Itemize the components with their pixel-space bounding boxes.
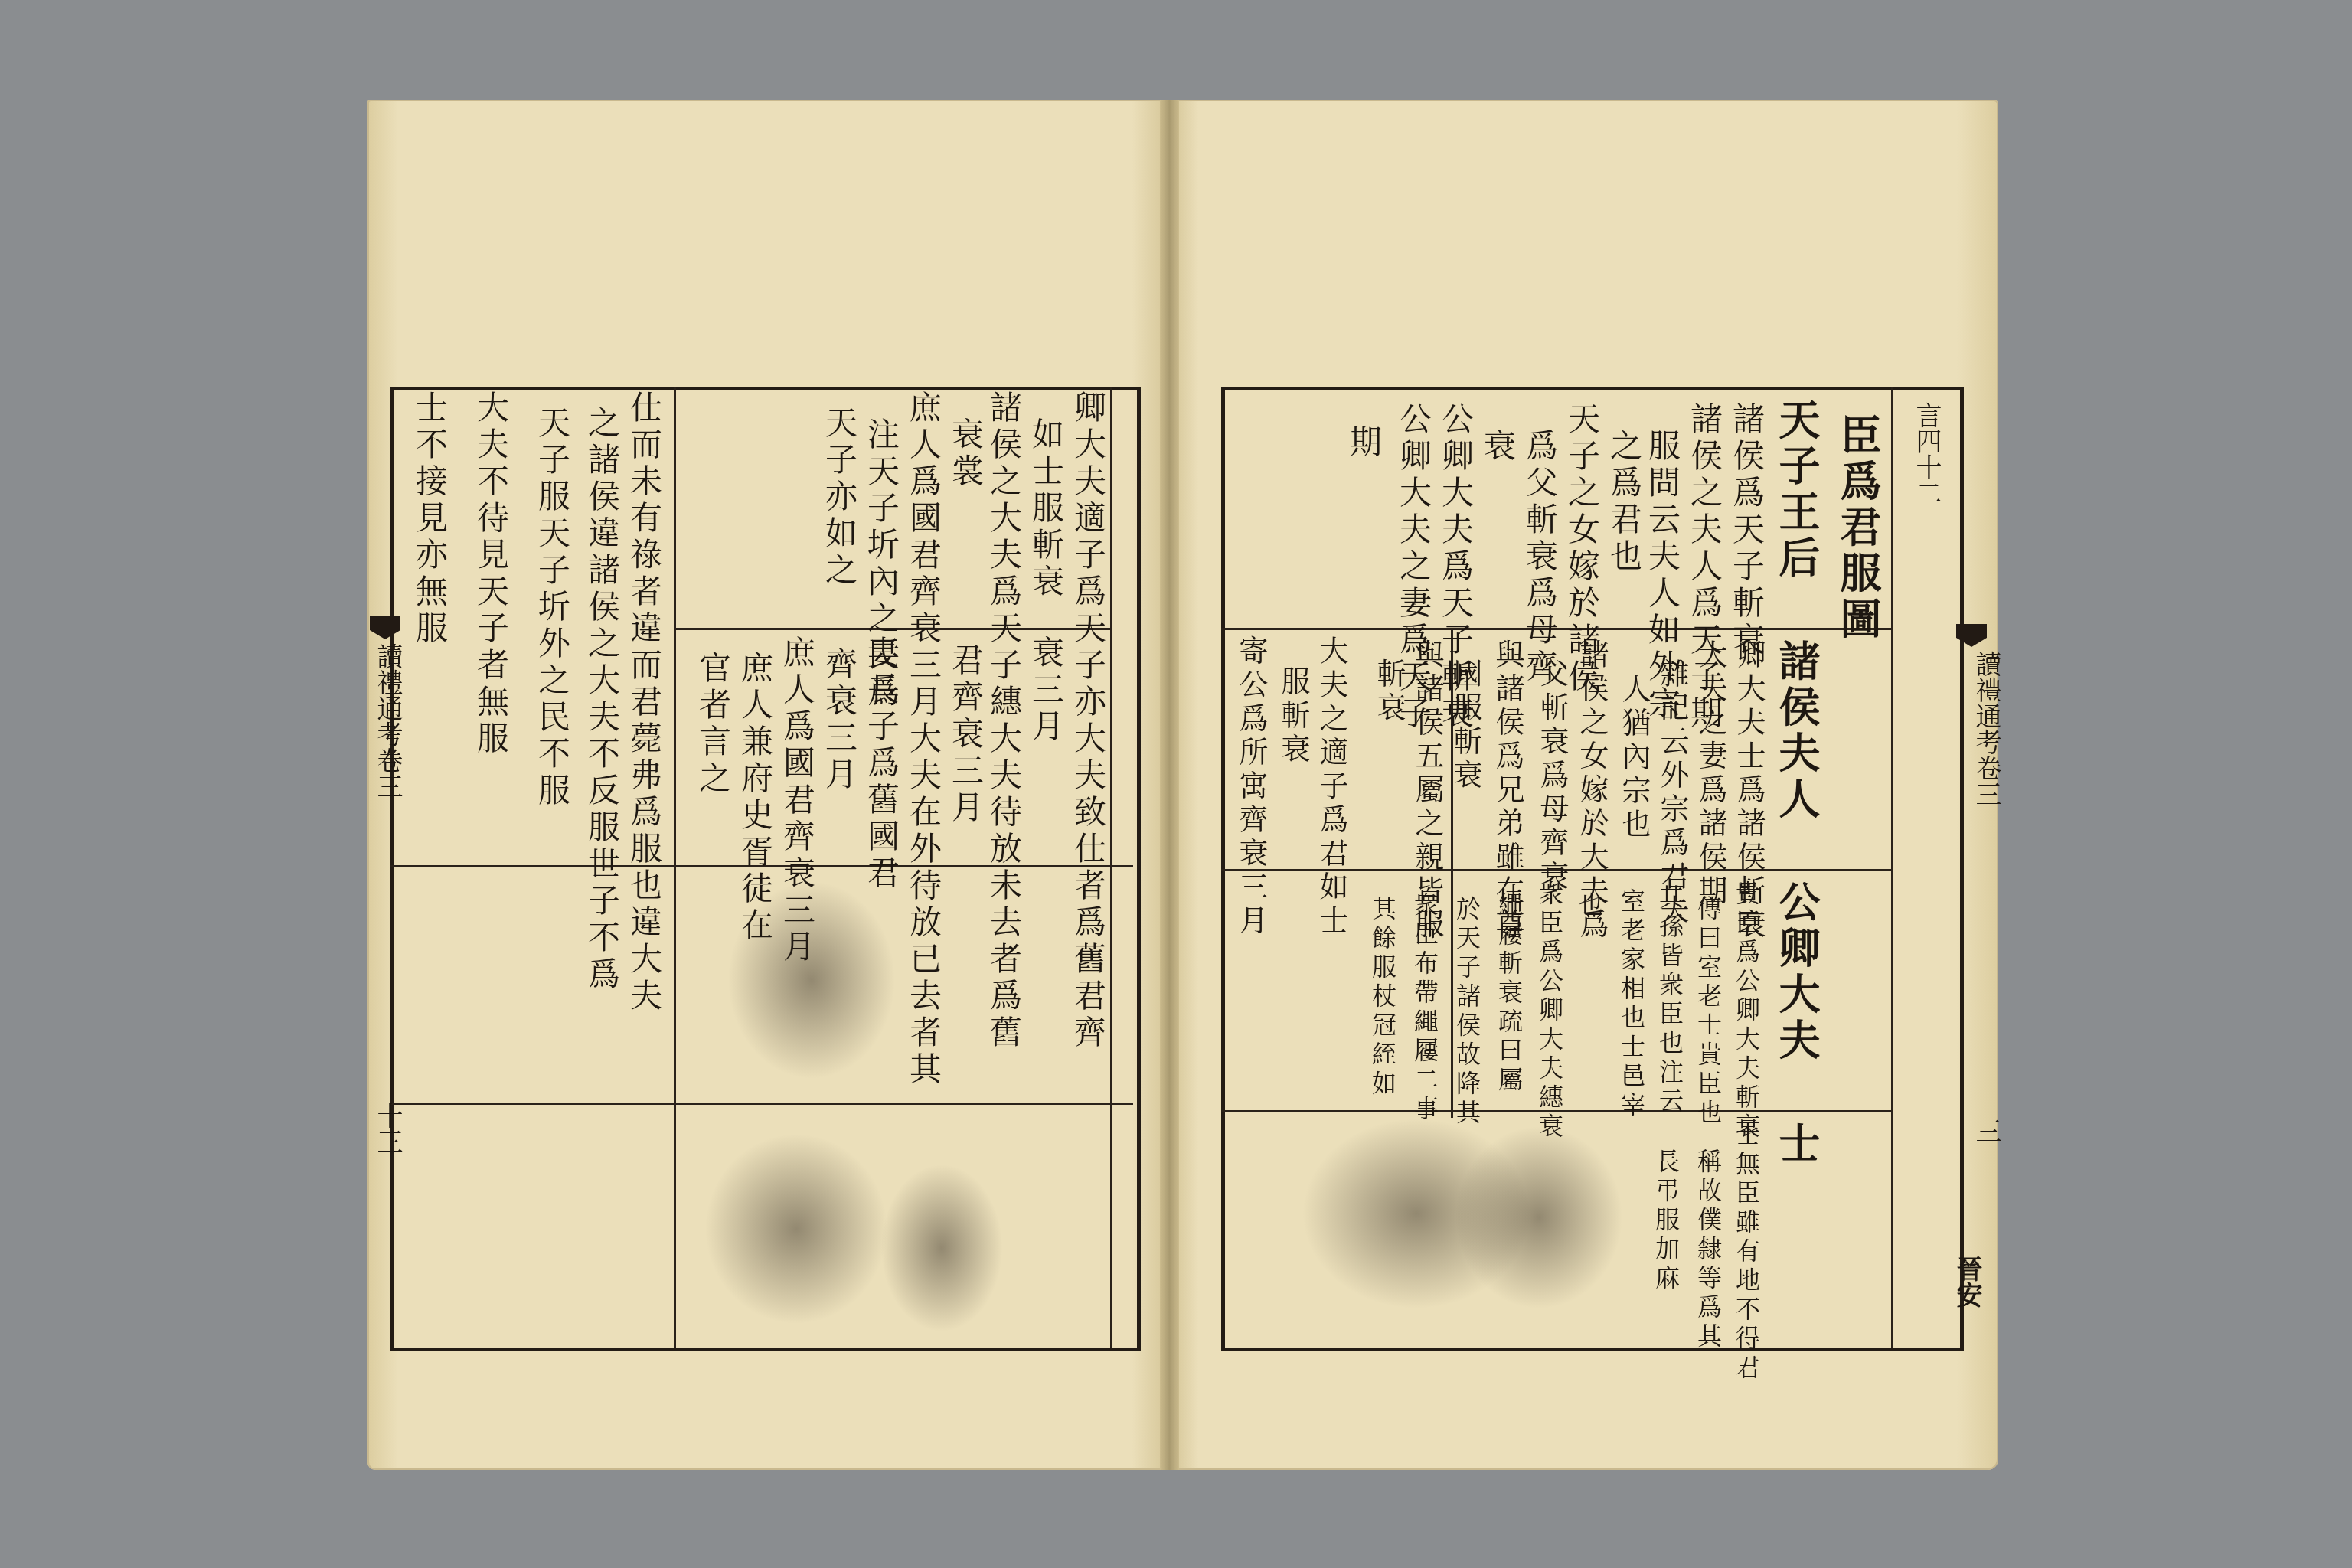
- text-line: 大夫之妻爲諸侯期: [1696, 639, 1725, 909]
- text-line: 其孫皆衆臣也注云: [1658, 884, 1682, 1117]
- text-line: 仕而未有祿者違而君薨弗爲服也違大夫: [628, 390, 660, 1015]
- text-line: 長弔服加麻: [1654, 1148, 1678, 1294]
- text-line: 士不接見亦無服: [413, 390, 446, 648]
- heading-shi: 士: [1776, 1122, 1818, 1168]
- text-line: 服斬衰: [1279, 666, 1308, 767]
- text-line: 士無臣雖有地不得君: [1734, 1122, 1759, 1383]
- left-margin-page: 十三: [369, 1102, 407, 1155]
- chart-title: 臣爲君服圖: [1837, 413, 1879, 643]
- top-marker: 言四十二: [1908, 402, 1945, 506]
- right-margin-page: 三: [1968, 1118, 2005, 1144]
- text-line: 齊衰三月: [823, 647, 855, 794]
- text-line: 傳曰室老士貴臣也: [1696, 896, 1720, 1129]
- text-line: 大夫之適子爲君如士: [1317, 635, 1346, 939]
- text-line: 衆臣布帶繩屨二事: [1413, 892, 1437, 1125]
- heading-zhuhou-furen: 諸侯夫人: [1776, 639, 1818, 823]
- text-line: 國服斬衰: [1451, 658, 1480, 793]
- text-line: 之爲君也: [1608, 429, 1640, 576]
- ink-smudge: [1455, 1125, 1623, 1309]
- text-line: 君齊衰三月: [949, 643, 982, 827]
- ink-smudge: [727, 880, 896, 1080]
- text-line: 天子亦如之: [823, 406, 855, 590]
- text-line: 期: [1347, 425, 1380, 462]
- text-line: 於天子諸侯故降其: [1455, 896, 1479, 1129]
- text-line: 妻長子爲舊國君: [865, 635, 897, 893]
- text-line: 室老家相也士邑宰: [1619, 888, 1644, 1121]
- text-line: 爲父斬衰爲母齊: [1524, 429, 1556, 686]
- book-gutter: [1160, 100, 1179, 1470]
- ink-smudge: [880, 1164, 1003, 1332]
- text-line: 庶人爲國君齊衰三月大夫在外待放已去者其: [907, 390, 939, 1089]
- text-line: 衰三月: [1030, 635, 1062, 746]
- bottom-marker: 晉安: [1949, 1256, 1986, 1308]
- text-line: 官者言之: [697, 651, 729, 798]
- text-line: 貴臣爲公卿大夫斬衰: [1734, 880, 1759, 1142]
- text-line: 衰: [1481, 429, 1514, 465]
- text-line: 諸侯之大夫爲天子繐大夫待放未去者爲舊: [988, 390, 1020, 1052]
- text-line: 卿大夫適子爲天子亦大夫致仕者爲舊君齊: [1072, 390, 1104, 1052]
- text-line: 稱故僕隸等爲其: [1696, 1148, 1720, 1352]
- text-line: 斬衰: [1374, 658, 1403, 726]
- heading-tianzi-wanghou: 天子王后: [1776, 398, 1818, 582]
- heading-gongqing-dafu: 公卿大夫: [1776, 880, 1818, 1064]
- right-margin-title: 讀禮通考卷三: [1968, 651, 2005, 807]
- text-line: 父斬衰爲母齊衰: [1537, 658, 1566, 894]
- left-margin-title: 讀禮通考卷三: [369, 643, 407, 799]
- text-line: 其餘服杖冠絰如: [1370, 896, 1395, 1099]
- text-line: 也: [1577, 892, 1602, 921]
- text-line: 大夫不待見天子者無服: [475, 390, 507, 758]
- text-line: 繩屨斬衰疏曰屬: [1497, 892, 1521, 1096]
- right-title-divider: [1891, 387, 1893, 1347]
- text-line: 寄公爲所寓齊衰三月: [1236, 635, 1266, 939]
- text-line: 之諸侯違諸侯之大夫不反服世子不爲: [586, 406, 618, 994]
- text-line: 天子服天子圻外之民不服: [536, 406, 568, 810]
- text-line: 衰裳: [949, 417, 982, 491]
- ink-smudge: [704, 1133, 888, 1325]
- text-line: 諸侯爲天子斬衰: [1730, 402, 1762, 659]
- text-line: 如士服斬衰: [1030, 417, 1062, 601]
- text-line: 衆臣爲公卿大夫繐衰: [1537, 880, 1562, 1142]
- left-row-divider-3: [390, 1102, 1133, 1105]
- text-line: 人猶內宗也: [1619, 674, 1648, 842]
